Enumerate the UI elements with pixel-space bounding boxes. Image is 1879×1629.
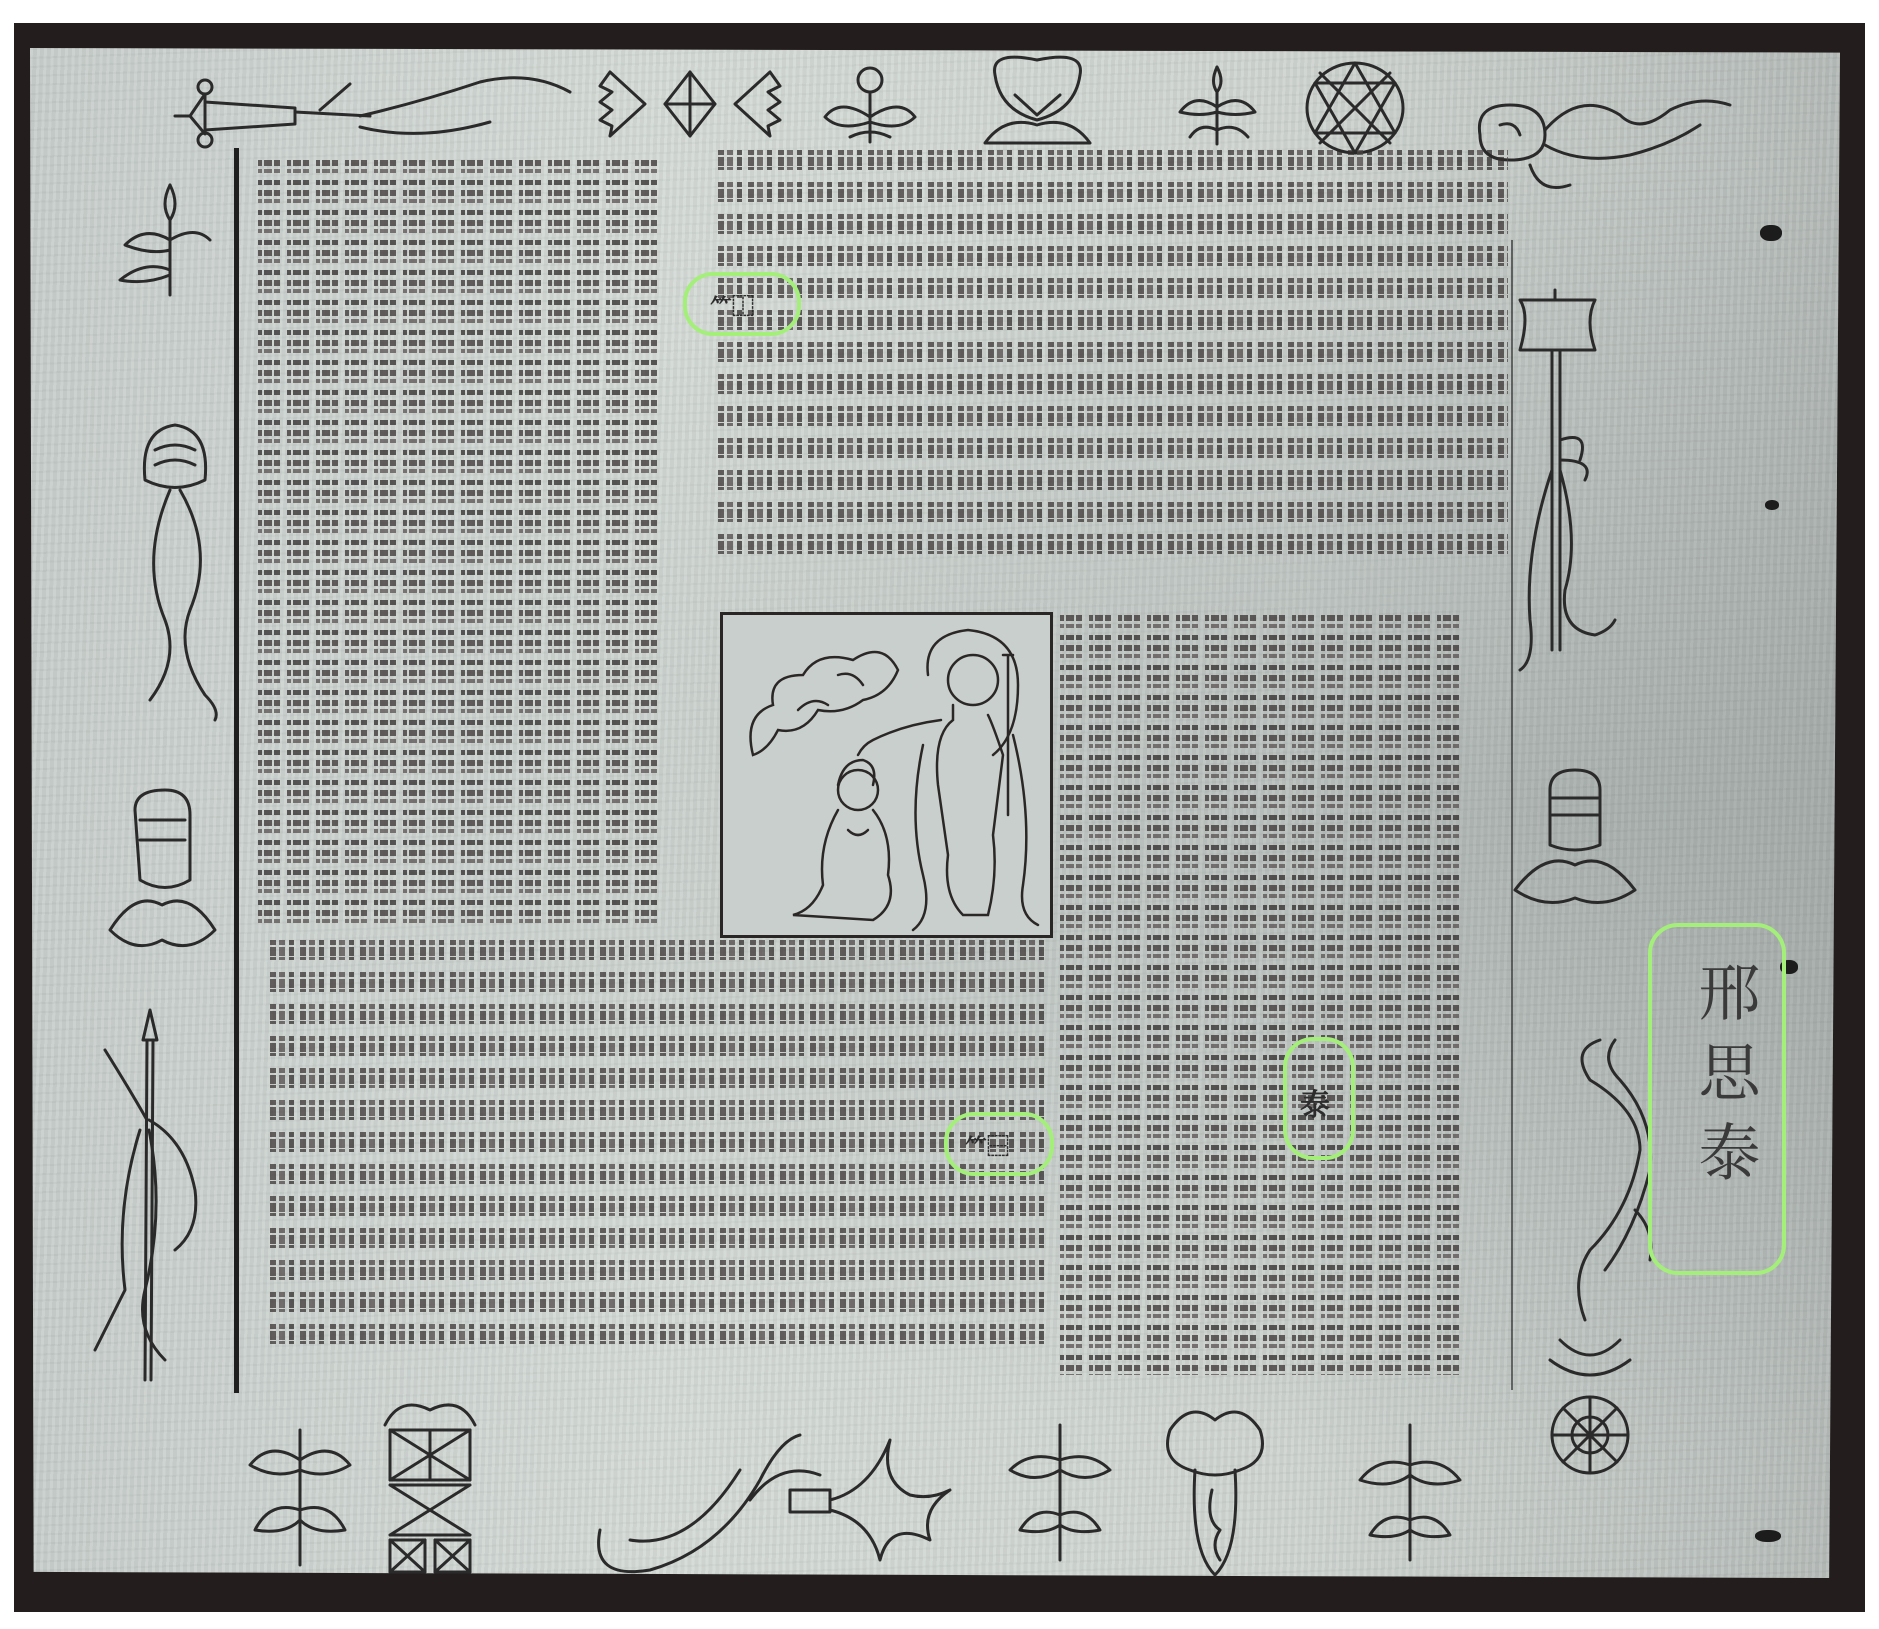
cornucopia-trident-icon [590, 1420, 960, 1585]
plant-sprig-icon [240, 1420, 360, 1570]
ink-stain [1765, 500, 1779, 510]
plant-sprig-icon [1170, 62, 1265, 147]
lotus-flower-icon [810, 62, 930, 147]
document-type: Woodblock-printed dhāraṇī sheet (Siddham… [0, 0, 1, 1]
grid-banner-icon [370, 1395, 490, 1575]
star-mandala-icon [1300, 58, 1410, 158]
central-illustration [720, 612, 1053, 938]
kneeling-figure-head [838, 770, 878, 810]
highlight-3-char: 泰 [1300, 1080, 1330, 1124]
axe-with-ribbons-icon [1510, 290, 1620, 670]
ribbon-scroll-icon [1560, 1030, 1660, 1330]
ink-stain [1755, 1530, 1781, 1542]
bottom-left-horizontal-script-block [270, 940, 1050, 1370]
fist-in-lotus-icon [105, 790, 220, 960]
plant-sprig-icon [105, 180, 215, 300]
fist-in-lotus-icon [1510, 770, 1640, 910]
left-vertical-script-block: Dense columns and rows of Siddham/Sanskr… [258, 160, 698, 930]
conch-with-scroll-icon [1470, 95, 1740, 205]
highlight-1-glyph: ⺮⿰ [710, 290, 754, 321]
ink-stain [1760, 225, 1782, 241]
highlight-2-glyph: ⺮⿱ [965, 1130, 1009, 1161]
bottom-right-vertical-script-block [1060, 615, 1505, 1375]
plant-sprig-icon [1350, 1425, 1470, 1565]
conch-with-ribbons-icon [120, 420, 230, 720]
deity-arm [858, 720, 941, 755]
dharma-wheel-icon [1530, 1330, 1650, 1480]
conch-in-lotus-icon [975, 55, 1100, 150]
lotus-with-tongue-icon [1150, 1400, 1280, 1580]
plant-sprig-icon [995, 1425, 1125, 1565]
double-vajra-mandala-icon [590, 62, 790, 144]
left-border-rule [234, 148, 239, 1393]
illustration-description: A deity with flowing scarves and a staff… [0, 0, 1, 1]
spear-with-tassel-icon [85, 1010, 215, 1380]
deity-head [948, 655, 998, 705]
vajra-icon [160, 72, 580, 152]
top-horizontal-script-block [718, 150, 1508, 590]
right-margin-inscription: 邢思泰 [1680, 960, 1769, 1200]
